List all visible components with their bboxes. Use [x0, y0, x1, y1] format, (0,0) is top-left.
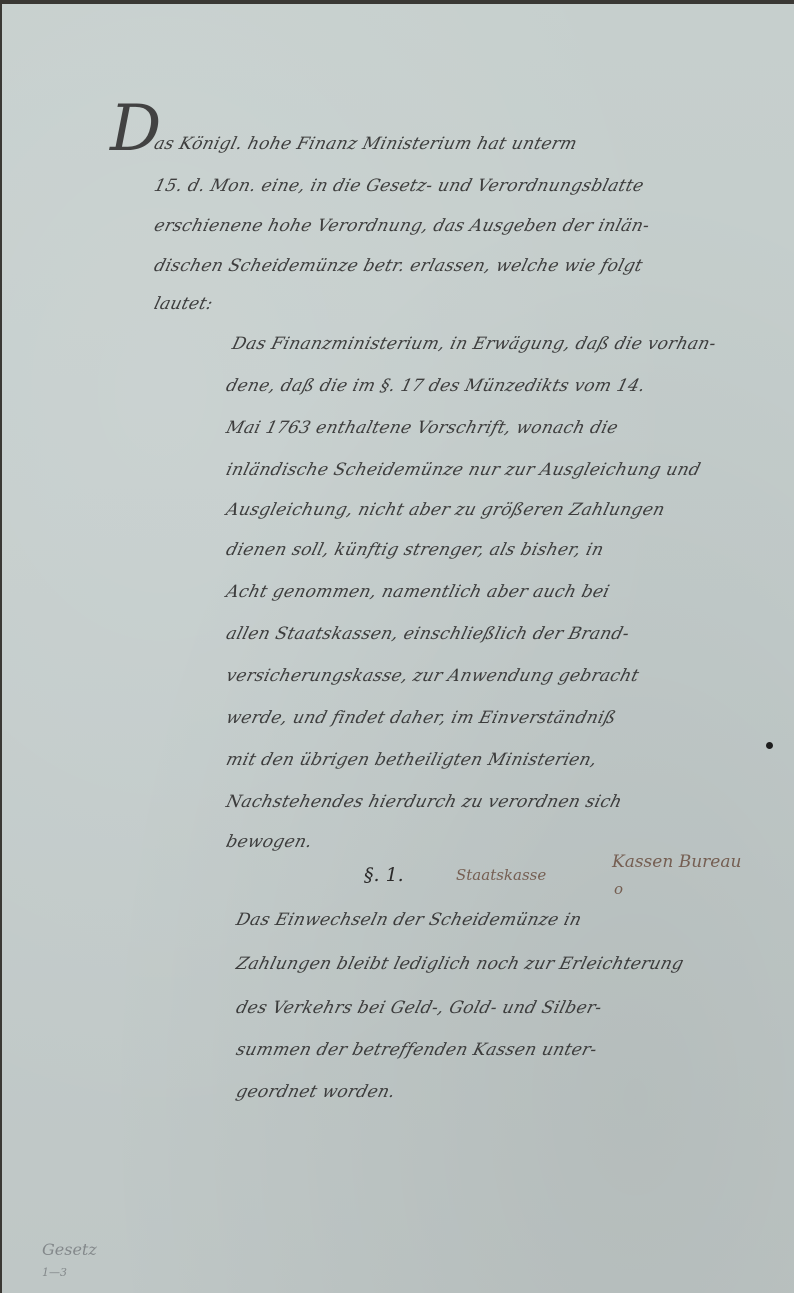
intro-line-4: dischen Scheidemünze betr. erlassen, wel… [152, 256, 645, 276]
quote-line-5: Ausgleichung, nicht aber zu größeren Zah… [224, 500, 667, 520]
ink-blot [766, 742, 773, 749]
quote-line-12: Nachstehendes hierdurch zu verordnen sic… [224, 792, 624, 812]
quote-line-4: inländische Scheidemünze nur zur Ausglei… [224, 460, 703, 480]
quote-line-11: mit den übrigen betheiligten Ministerien… [224, 750, 599, 770]
quote-line-9: versicherungskasse, zur Anwendung gebrac… [224, 666, 641, 686]
intro-line-1: as Königl. hohe Finanz Ministerium hat u… [152, 134, 794, 154]
quote-line-13: bewogen. [224, 832, 314, 852]
section-line-4: summen der betreffenden Kassen unter- [234, 1040, 599, 1060]
intro-line-2: 15. d. Mon. eine, in die Gesetz- und Ver… [152, 176, 646, 196]
document-page: D as Königl. hohe Finanz Ministerium hat… [2, 4, 794, 1293]
pencil-archive-number: 1—3 [42, 1266, 67, 1279]
intro-line-5: lautet: [152, 294, 215, 314]
intro-line-3: erschienene hohe Verordnung, das Ausgebe… [152, 216, 652, 236]
section-line-1: Das Einwechseln der Scheidemünze in [234, 910, 584, 930]
quote-line-10: werde, und findet daher, im Einverständn… [224, 708, 618, 728]
margin-note-left: Staatskasse [456, 866, 546, 884]
pencil-archive-note: Gesetz [42, 1240, 97, 1259]
quote-line-3: Mai 1763 enthaltene Vorschrift, wonach d… [224, 418, 620, 438]
margin-note-right: Kassen Bureau [612, 852, 741, 872]
section-line-3: des Verkehrs bei Geld-, Gold- und Silber… [234, 998, 604, 1018]
section-heading: §. 1. [364, 864, 404, 886]
quote-line-1: Das Finanzministerium, in Erwägung, daß … [230, 334, 718, 354]
quote-line-2: dene, daß die im §. 17 des Münzedikts vo… [224, 376, 647, 396]
section-line-5: geordnet worden. [234, 1082, 397, 1102]
margin-note-mark: o [614, 880, 623, 898]
quote-line-8: allen Staatskassen, einschließlich der B… [224, 624, 631, 644]
section-line-2: Zahlungen bleibt lediglich noch zur Erle… [234, 954, 686, 974]
quote-line-6: dienen soll, künftig strenger, als bishe… [224, 540, 606, 560]
quote-line-7: Acht genommen, namentlich aber auch bei [224, 582, 612, 602]
decorative-initial: D [110, 92, 161, 166]
